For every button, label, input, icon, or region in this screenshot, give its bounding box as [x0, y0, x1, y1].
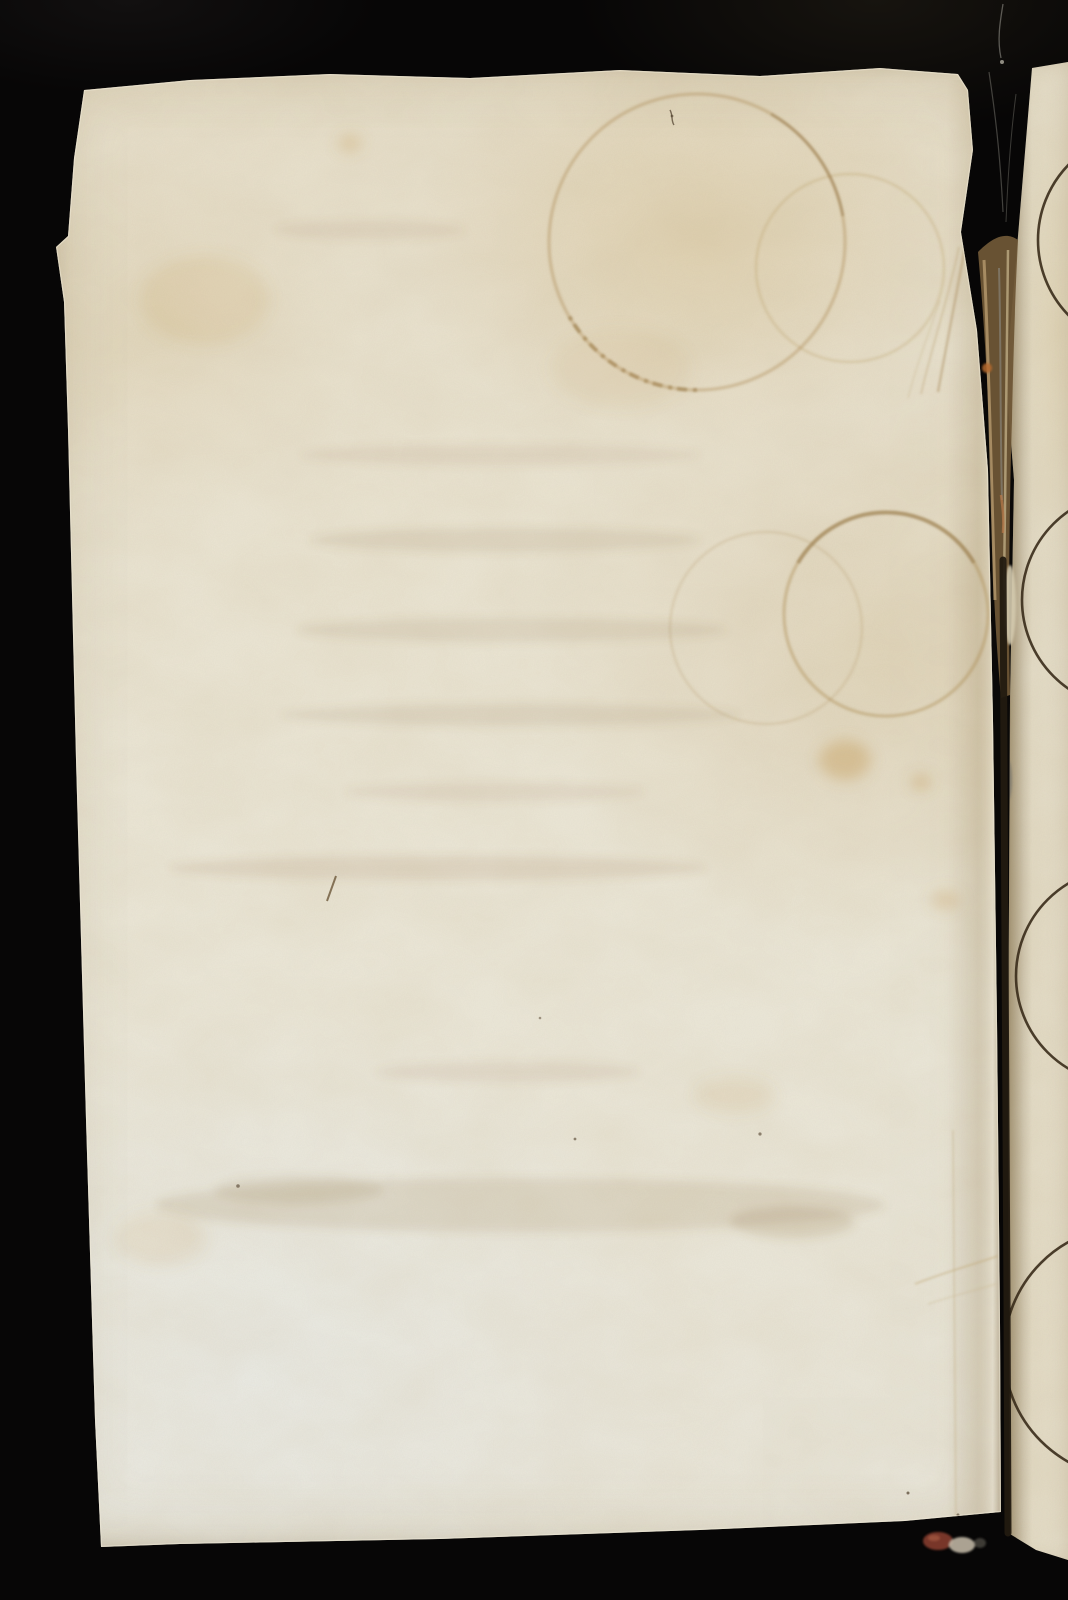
- book-scan-photo: [0, 0, 1068, 1600]
- blank-book-page: [54, 64, 1003, 1548]
